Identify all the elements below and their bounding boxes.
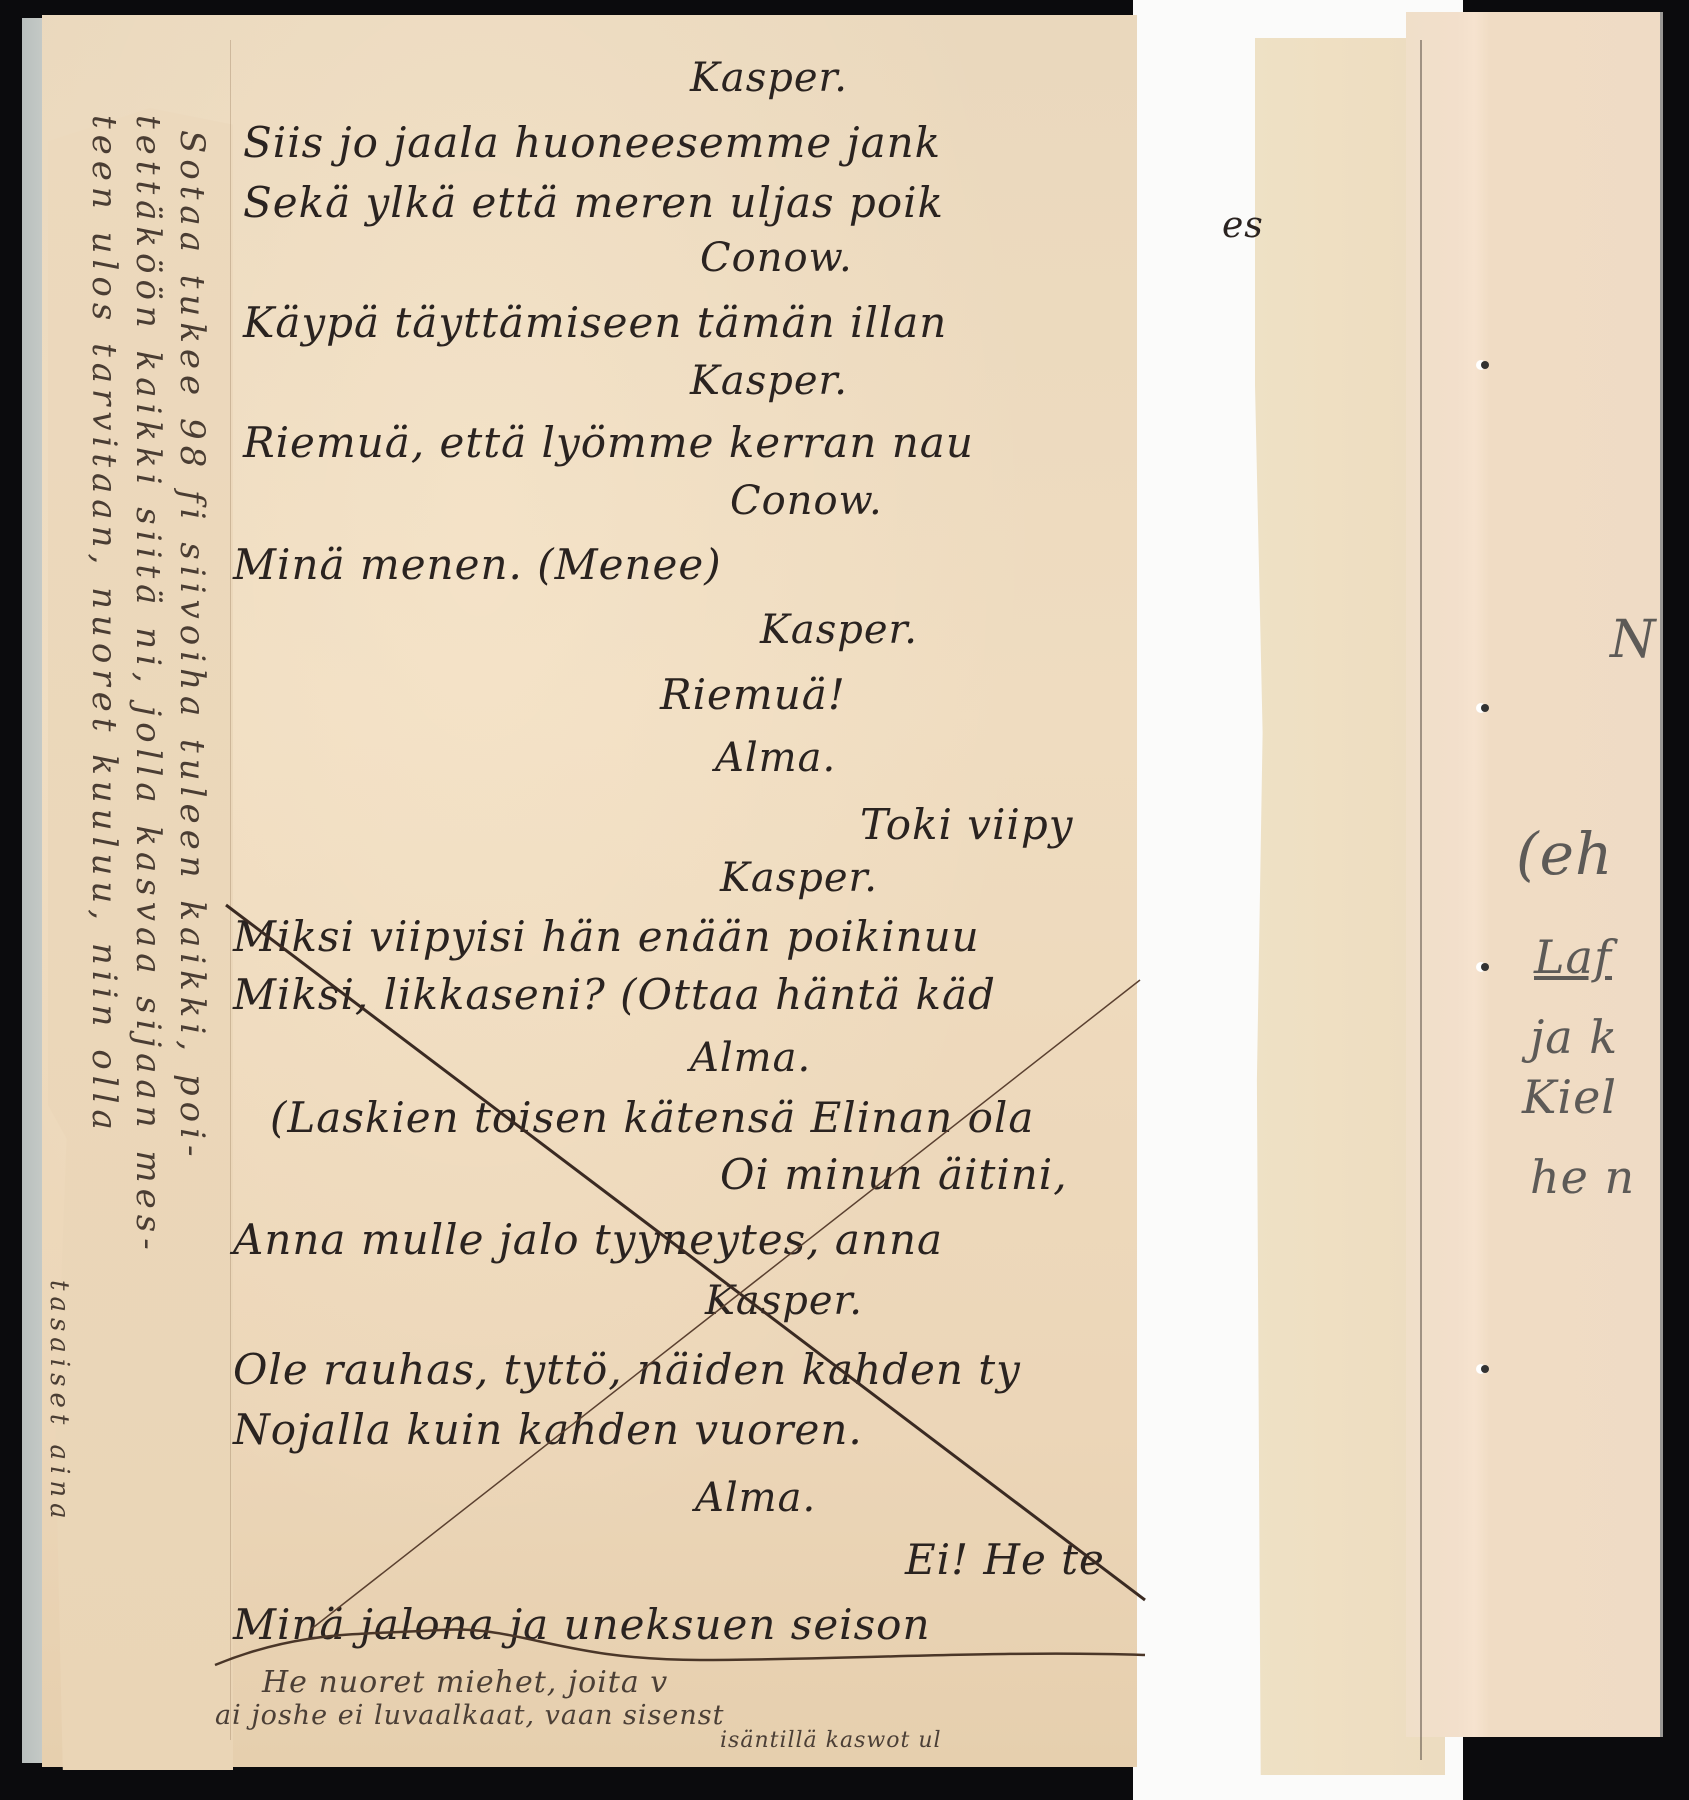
heavy-diagonal-strike — [226, 905, 1145, 1600]
strike-through-cross — [0, 0, 1689, 1800]
thin-diagonal-strike — [310, 980, 1140, 1630]
underline-stroke — [215, 1630, 1145, 1665]
